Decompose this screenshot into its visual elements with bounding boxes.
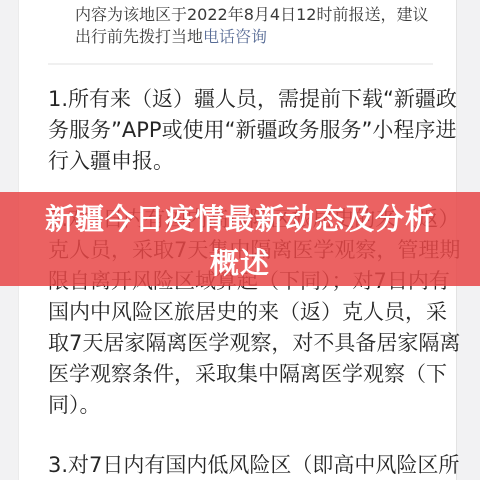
overlay-title-line1: 新疆今日疫情最新动态及分析 [0, 197, 480, 241]
paragraph-1: 1.所有来（返）疆人员，需提前下载“新疆政 务服务”APP或使用“新疆政务服务”… [48, 84, 433, 177]
notice-line: 内容为该地区于2022年8月4日12时前报送，建议 [75, 4, 433, 26]
article-line: 务服务”APP或使用“新疆政务服务”小程序进 [48, 115, 433, 146]
phone-consult-link[interactable]: 电话咨询 [203, 27, 267, 46]
notice-paragraph: 内容为该地区于2022年8月4日12时前报送，建议 出行前先拨打当地电话咨询 [75, 4, 433, 48]
article-line: 行入疆申报。 [48, 146, 433, 177]
article-line: 医学观察条件，采取集中隔离医学观察（下 [48, 359, 433, 390]
article-line: 取7天居家隔离医学观察，对不具备居家隔离 [48, 328, 433, 359]
article-line: 同）。 [48, 390, 433, 421]
article-line: 1.所有来（返）疆人员，需提前下载“新疆政 [48, 84, 433, 115]
article-line: 国内中风险区旅居史的来（返）克人员，采 [48, 297, 433, 328]
notice-line-text: 出行前先拨打当地 [75, 27, 203, 46]
paragraph-3: 3.对7日内有国内低风险区（即高中风险区所 [48, 450, 433, 480]
notice-line: 出行前先拨打当地电话咨询 [75, 26, 433, 48]
article-line: 3.对7日内有国内低风险区（即高中风险区所 [48, 450, 433, 480]
section-divider [48, 63, 433, 65]
title-overlay-banner: 新疆今日疫情最新动态及分析 概述 [0, 192, 480, 286]
overlay-title-line2: 概述 [0, 241, 480, 285]
